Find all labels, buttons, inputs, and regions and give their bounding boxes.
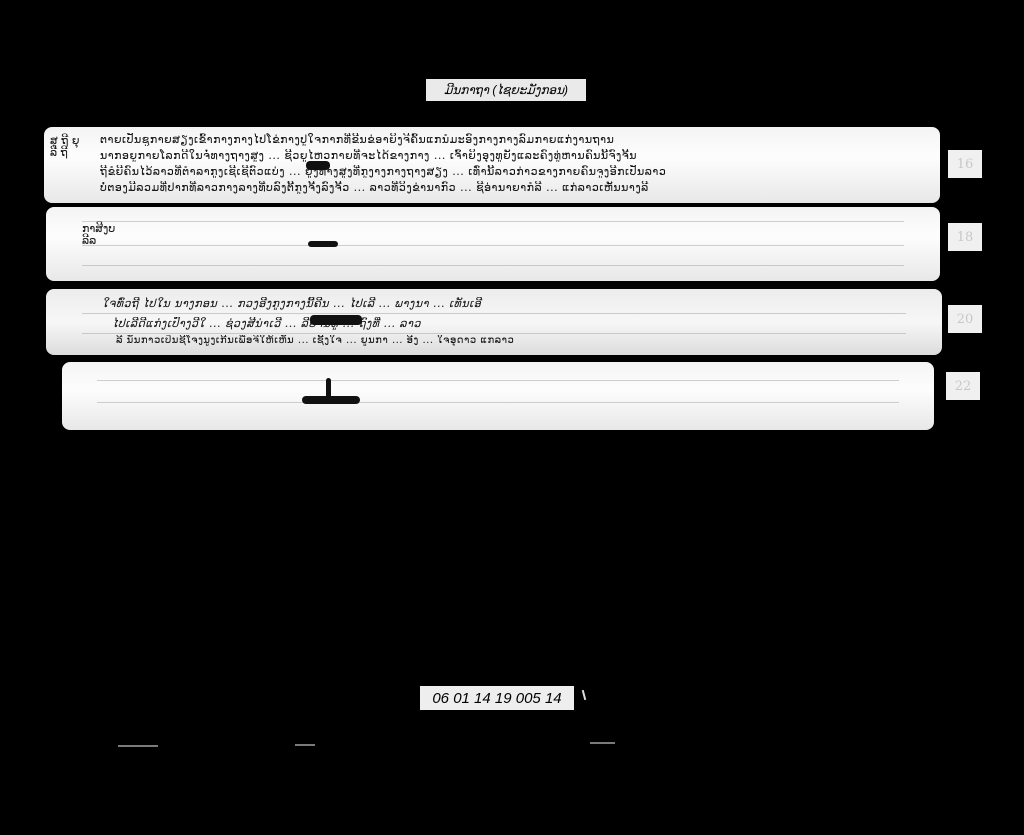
leaf-texture: [82, 245, 905, 246]
script-line: ລີ ນັນກາວເປັນຊີໂຈງນູງເກີນເພື່ອຈີໃຫ້ເຫັນ …: [116, 335, 942, 346]
palm-leaf-page-22: [62, 362, 934, 430]
script-line: ຕາຍເປັນຊູກາຍສຽງເຂົ້າກາງກາງໄປໂຂ່ກາງປູໃຈກາ…: [100, 133, 940, 146]
page-number-tag: 22: [946, 372, 980, 400]
script-line: ບໍ່ຕອງມີລວມທີ່ປາກທີ່ລາວກາງລາງທີ່ບລົງຕີ້ກ…: [100, 181, 940, 194]
manuscript-title-label: ມີນກາຖາ (ໄຊຍະມັງກອນ): [426, 79, 586, 101]
leaf-texture: [82, 333, 906, 334]
page-number-tag: 18: [948, 223, 982, 251]
string-hole: [326, 378, 331, 398]
page-number-tag: 20: [948, 305, 982, 333]
leaf-texture: [97, 402, 899, 403]
script-line: ໄປເລີດີແກ່ງເປົ່າງວີໃ ... ຊ່ວງສີນ່າເວີ ..…: [112, 317, 942, 330]
catalog-number-label: 06 01 14 19 005 14: [420, 686, 574, 710]
leaf-margin-note: ກາສີງບ ລີລ: [82, 223, 122, 247]
string-hole: [302, 396, 360, 404]
leaf-margin-note: ສູ ຖີ ຍຸ ລີ ຖີ: [50, 135, 90, 159]
leaf-texture: [97, 380, 899, 381]
string-hole: [308, 241, 338, 247]
script-line: ນາກອຍູກາຍໂລກດີໃນຈໍ່ທາງຖາງສູງ ... ຊີວຍູໄຫ…: [100, 149, 940, 162]
leaf-texture: [82, 265, 905, 266]
palm-leaf-page-16: ສູ ຖີ ຍຸ ລີ ຖີ ຕາຍເປັນຊູກາຍສຽງເຂົ້າກາງກາ…: [44, 127, 940, 203]
scan-noise: [590, 742, 615, 744]
string-hole: [310, 315, 362, 325]
palm-leaf-page-18: ກາສີງບ ລີລ: [46, 207, 940, 281]
page-number-tag: 16: [948, 150, 982, 178]
leaf-texture: [82, 313, 906, 314]
string-hole: [306, 161, 330, 170]
palm-leaf-page-20: ໃຈທົ່ວຖີ ໄປໃນ ນາງກອນ ... ກວງອີງກູງກາງນີ້…: [46, 289, 942, 355]
script-line: ຖີຂໍຍີຄົນໄວ້ລາວທີ່ຕໍາລາກູງເຊີເຊີຕົວແບ່ງ …: [100, 165, 940, 178]
leaf-texture: [82, 221, 905, 222]
scan-noise: [118, 745, 158, 747]
script-line: ໃຈທົ່ວຖີ ໄປໃນ ນາງກອນ ... ກວງອີງກູງກາງນີ້…: [102, 297, 942, 310]
scan-noise: [295, 744, 315, 746]
scan-mark: [582, 690, 587, 700]
